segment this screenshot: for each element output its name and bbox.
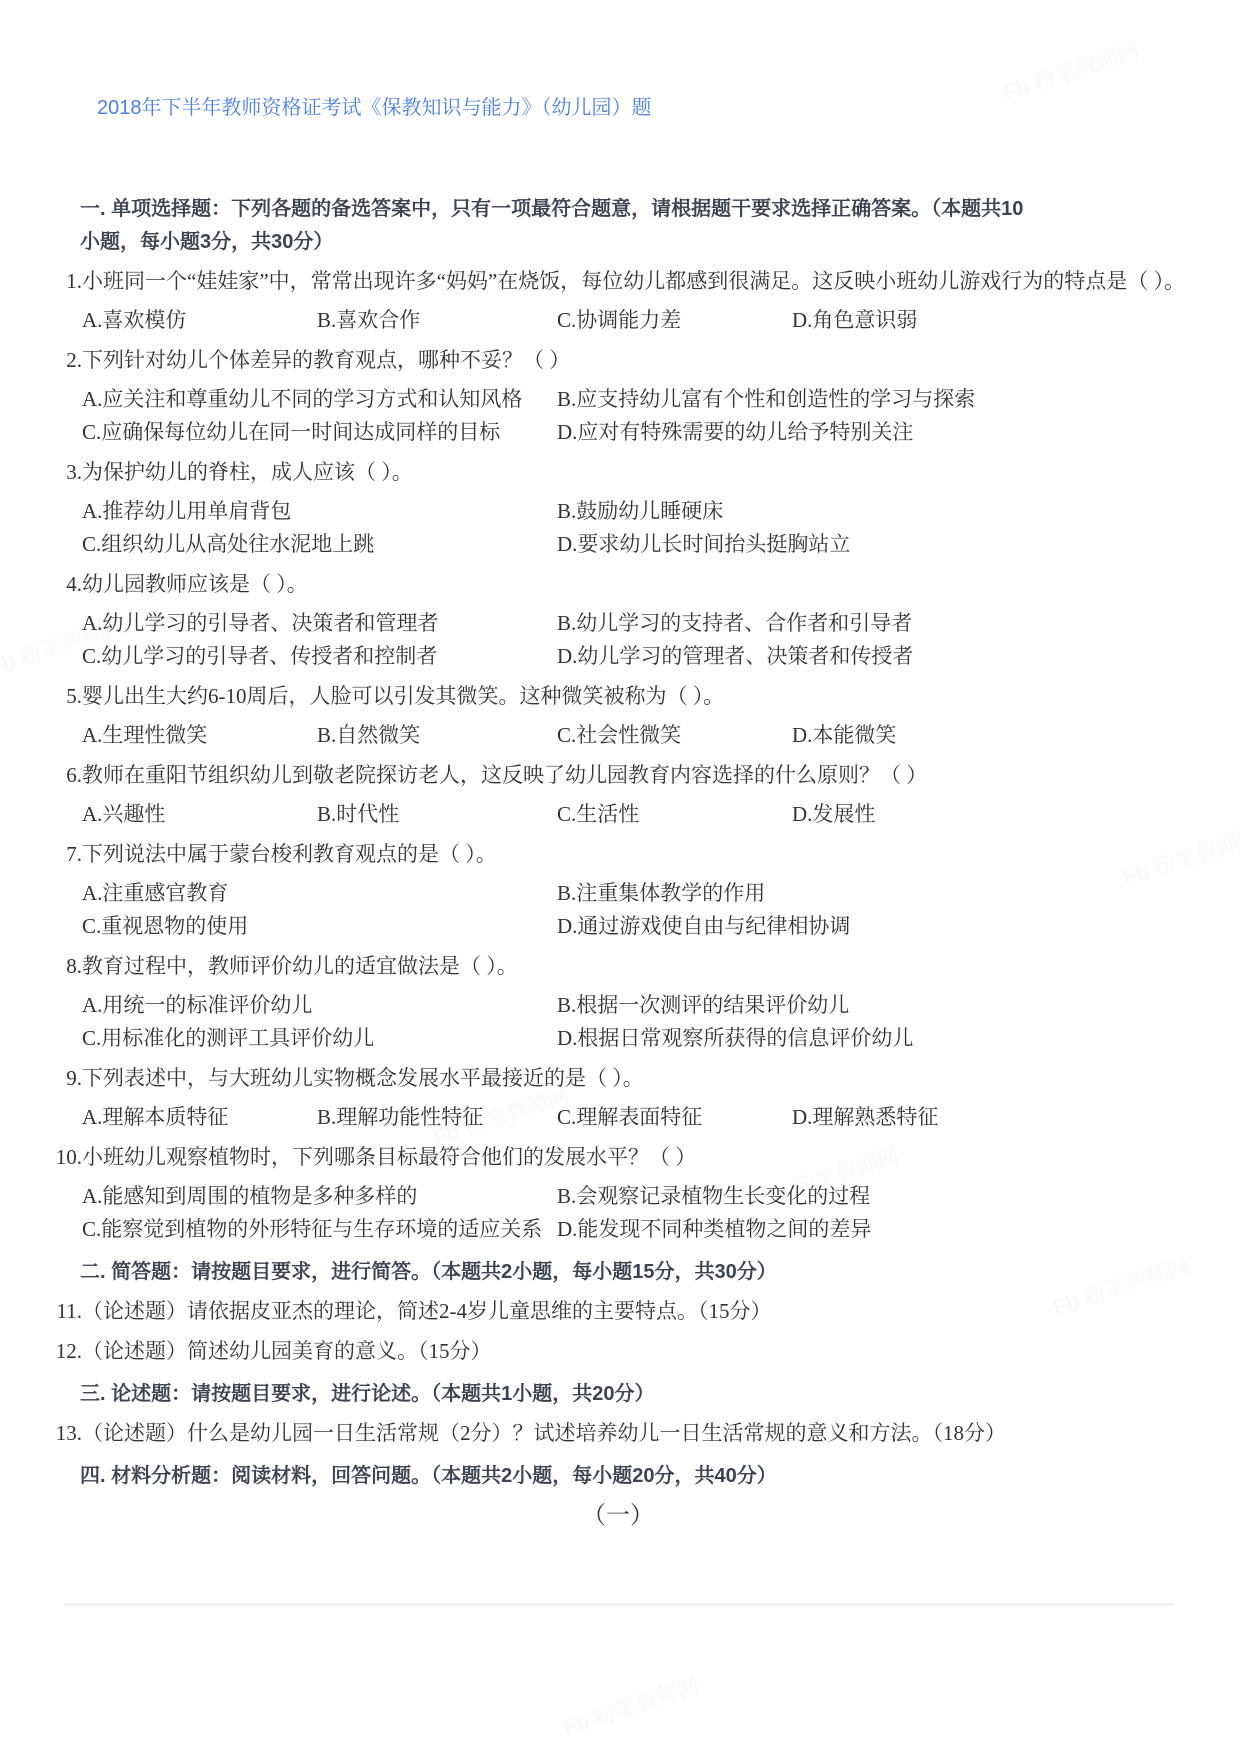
question-stem: 幼儿园教师应该是（ ）。 [82, 568, 1186, 601]
question-stem: 婴儿出生大约6-10周后，人脸可以引发其微笑。这种微笑被称为（ ）。 [82, 680, 1186, 713]
option-c: C.社会性微笑 [557, 719, 792, 752]
option-d: D.角色意识弱 [792, 304, 1186, 337]
question-stem: 下列针对幼儿个体差异的教育观点，哪种不妥？（ ） [82, 344, 1186, 377]
question-number: 7. [50, 838, 82, 943]
question-2: 2. 下列针对幼儿个体差异的教育观点，哪种不妥？（ ） A.应关注和尊重幼儿不同… [50, 344, 1186, 449]
question-stem: 小班同一个“娃娃家”中，常常出现许多“妈妈”在烧饭，每位幼儿都感到很满足。这反映… [82, 265, 1186, 298]
question-number: 3. [50, 456, 82, 561]
option-d: D.理解熟悉特征 [792, 1101, 1186, 1134]
option-d: D.本能微笑 [792, 719, 1186, 752]
option-d: D.应对有特殊需要的幼儿给予特别关注 [557, 416, 1186, 449]
options-grid: A.用统一的标准评价幼儿 B.根据一次测评的结果评价幼儿 C.用标准化的测评工具… [82, 989, 1186, 1055]
option-d: D.能发现不同种类植物之间的差异 [557, 1213, 1186, 1246]
question-number: 6. [50, 759, 82, 831]
question-number: 4. [50, 568, 82, 673]
bottom-divider [64, 1603, 1174, 1606]
question-number: 11. [50, 1295, 82, 1328]
option-a: A.兴趣性 [82, 798, 317, 831]
option-a: A.幼儿学习的引导者、决策者和管理者 [82, 607, 557, 640]
option-b: B.时代性 [317, 798, 557, 831]
option-a: A.应关注和尊重幼儿不同的学习方式和认知风格 [82, 383, 557, 416]
section-heading-3: 三. 论述题：请按题目要求，进行论述。（本题共1小题，共20分） [80, 1378, 1030, 1411]
question-6: 6. 教师在重阳节组织幼儿到敬老院探访老人，这反映了幼儿园教育内容选择的什么原则… [50, 759, 1186, 831]
option-d: D.要求幼儿长时间抬头挺胸站立 [557, 528, 1186, 561]
options-grid: A.应关注和尊重幼儿不同的学习方式和认知风格 B.应支持幼儿富有个性和创造性的学… [82, 383, 1186, 449]
option-d: D.幼儿学习的管理者、决策者和传授者 [557, 640, 1186, 673]
option-b: B.自然微笑 [317, 719, 557, 752]
question-1: 1. 小班同一个“娃娃家”中，常常出现许多“妈妈”在烧饭，每位幼儿都感到很满足。… [50, 265, 1186, 337]
section-heading-1: 一. 单项选择题：下列各题的备选答案中，只有一项最符合题意，请根据题干要求选择正… [80, 193, 1030, 259]
option-a: A.推荐幼儿用单肩背包 [82, 495, 557, 528]
options-grid: A.注重感官教育 B.注重集体教学的作用 C.重视恩物的使用 D.通过游戏使自由… [82, 877, 1186, 943]
question-stem: 教育过程中，教师评价幼儿的适宜做法是（ ）。 [82, 950, 1186, 983]
option-b: B.应支持幼儿富有个性和创造性的学习与探索 [557, 383, 1186, 416]
option-d: D.发展性 [792, 798, 1186, 831]
options-grid: A.幼儿学习的引导者、决策者和管理者 B.幼儿学习的支持者、合作者和引导者 C.… [82, 607, 1186, 673]
question-number: 1. [50, 265, 82, 337]
option-b: B.根据一次测评的结果评价幼儿 [557, 989, 1186, 1022]
question-number: 8. [50, 950, 82, 1055]
exam-paper-page: 2018年下半年教师资格证考试《保教知识与能力》（幼儿园）题 一. 单项选择题：… [0, 0, 1240, 1754]
question-number: 9. [50, 1062, 82, 1134]
question-stem: （论述题）简述幼儿园美育的意义。（15分） [82, 1335, 1186, 1368]
question-8: 8. 教育过程中，教师评价幼儿的适宜做法是（ ）。 A.用统一的标准评价幼儿 B… [50, 950, 1186, 1055]
option-c: C.协调能力差 [557, 304, 792, 337]
question-stem: 小班幼儿观察植物时，下列哪条目标最符合他们的发展水平？（ ） [82, 1141, 1186, 1174]
watermark: Fb 粉笔教师网 [559, 1669, 703, 1742]
option-a: A.注重感官教育 [82, 877, 557, 910]
question-12: 12. （论述题）简述幼儿园美育的意义。（15分） [50, 1335, 1186, 1368]
question-11: 11. （论述题）请依据皮亚杰的理论，简述2-4岁儿童思维的主要特点。（15分） [50, 1295, 1186, 1328]
question-5: 5. 婴儿出生大约6-10周后，人脸可以引发其微笑。这种微笑被称为（ ）。 A.… [50, 680, 1186, 752]
option-c: C.生活性 [557, 798, 792, 831]
option-b: B.理解功能性特征 [317, 1101, 557, 1134]
question-number: 5. [50, 680, 82, 752]
question-4: 4. 幼儿园教师应该是（ ）。 A.幼儿学习的引导者、决策者和管理者 B.幼儿学… [50, 568, 1186, 673]
question-stem: 为保护幼儿的脊柱，成人应该（ ）。 [82, 456, 1186, 489]
question-stem: 下列说法中属于蒙台梭利教育观点的是（ ）。 [82, 838, 1186, 871]
option-d: D.通过游戏使自由与纪律相协调 [557, 910, 1186, 943]
question-stem: 教师在重阳节组织幼儿到敬老院探访老人，这反映了幼儿园教育内容选择的什么原则？（ … [82, 759, 1186, 792]
question-3: 3. 为保护幼儿的脊柱，成人应该（ ）。 A.推荐幼儿用单肩背包 B.鼓励幼儿睡… [50, 456, 1186, 561]
option-b: B.鼓励幼儿睡硬床 [557, 495, 1186, 528]
options-grid: A.能感知到周围的植物是多种多样的 B.会观察记录植物生长变化的过程 C.能察觉… [82, 1180, 1186, 1246]
option-a: A.生理性微笑 [82, 719, 317, 752]
option-a: A.理解本质特征 [82, 1101, 317, 1134]
options-row: A.理解本质特征 B.理解功能性特征 C.理解表面特征 D.理解熟悉特征 [82, 1101, 1186, 1134]
option-b: B.注重集体教学的作用 [557, 877, 1186, 910]
option-d: D.根据日常观察所获得的信息评价幼儿 [557, 1022, 1186, 1055]
option-a: A.喜欢模仿 [82, 304, 317, 337]
option-c: C.理解表面特征 [557, 1101, 792, 1134]
question-10: 10. 小班幼儿观察植物时，下列哪条目标最符合他们的发展水平？（ ） A.能感知… [50, 1141, 1186, 1246]
option-c: C.应确保每位幼儿在同一时间达成同样的目标 [82, 416, 557, 449]
question-stem: （论述题）请依据皮亚杰的理论，简述2-4岁儿童思维的主要特点。（15分） [82, 1295, 1186, 1328]
section-heading-2: 二. 简答题：请按题目要求，进行简答。（本题共2小题，每小题15分，共30分） [80, 1256, 1030, 1289]
option-b: B.会观察记录植物生长变化的过程 [557, 1180, 1186, 1213]
question-9: 9. 下列表述中，与大班幼儿实物概念发展水平最接近的是（ ）。 A.理解本质特征… [50, 1062, 1186, 1134]
question-7: 7. 下列说法中属于蒙台梭利教育观点的是（ ）。 A.注重感官教育 B.注重集体… [50, 838, 1186, 943]
question-number: 13. [50, 1417, 82, 1450]
option-c: C.幼儿学习的引导者、传授者和控制者 [82, 640, 557, 673]
page-title: 2018年下半年教师资格证考试《保教知识与能力》（幼儿园）题 [97, 95, 1186, 121]
option-c: C.重视恩物的使用 [82, 910, 557, 943]
options-row: A.喜欢模仿 B.喜欢合作 C.协调能力差 D.角色意识弱 [82, 304, 1186, 337]
option-b: B.幼儿学习的支持者、合作者和引导者 [557, 607, 1186, 640]
option-c: C.能察觉到植物的外形特征与生存环境的适应关系 [82, 1213, 557, 1246]
options-grid: A.推荐幼儿用单肩背包 B.鼓励幼儿睡硬床 C.组织幼儿从高处往水泥地上跳 D.… [82, 495, 1186, 561]
question-stem: （论述题）什么是幼儿园一日生活常规（2分）？试述培养幼儿一日生活常规的意义和方法… [82, 1417, 1186, 1450]
option-c: C.用标准化的测评工具评价幼儿 [82, 1022, 557, 1055]
option-b: B.喜欢合作 [317, 304, 557, 337]
options-row: A.生理性微笑 B.自然微笑 C.社会性微笑 D.本能微笑 [82, 719, 1186, 752]
question-13: 13. （论述题）什么是幼儿园一日生活常规（2分）？试述培养幼儿一日生活常规的意… [50, 1417, 1186, 1450]
question-number: 12. [50, 1335, 82, 1368]
question-stem: 下列表述中，与大班幼儿实物概念发展水平最接近的是（ ）。 [82, 1062, 1186, 1095]
section-heading-4: 四. 材料分析题：阅读材料，回答问题。（本题共2小题，每小题20分，共40分） [80, 1460, 1030, 1493]
option-a: A.能感知到周围的植物是多种多样的 [82, 1180, 557, 1213]
option-a: A.用统一的标准评价幼儿 [82, 989, 557, 1022]
material-one-marker: （一） [50, 1499, 1186, 1533]
question-number: 2. [50, 344, 82, 449]
question-number: 10. [50, 1141, 82, 1246]
option-c: C.组织幼儿从高处往水泥地上跳 [82, 528, 557, 561]
options-row: A.兴趣性 B.时代性 C.生活性 D.发展性 [82, 798, 1186, 831]
